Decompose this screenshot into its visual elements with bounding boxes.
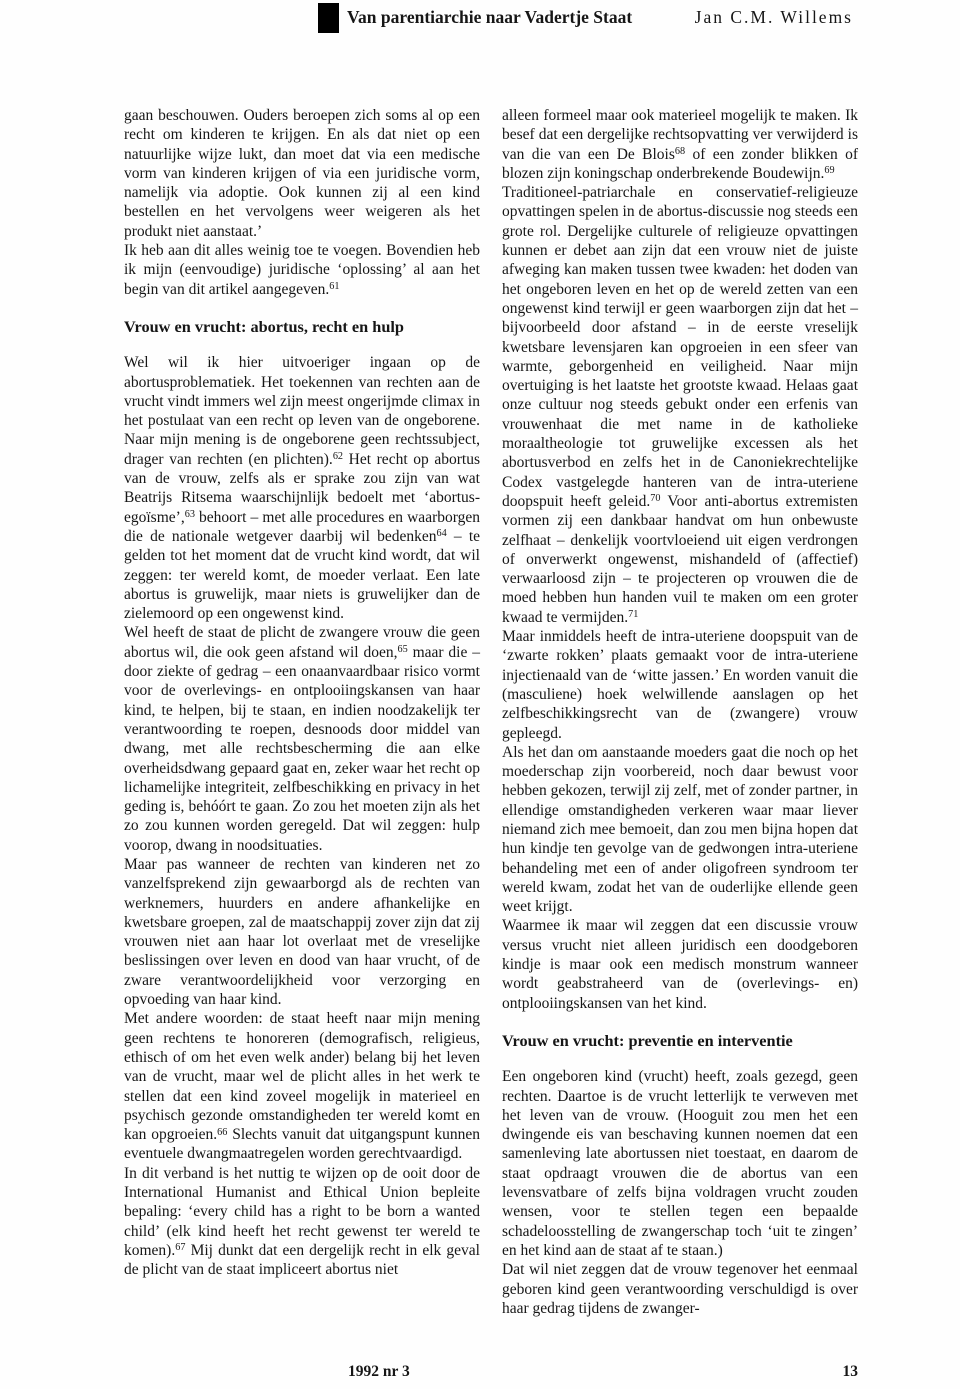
paragraph: Dat wil niet zeggen dat de vrouw tegenov… [502,1260,858,1318]
paragraph: Als het dan om aanstaande moeders gaat d… [502,743,858,917]
footnote-ref: 71 [628,609,638,620]
footnote-ref: 67 [175,1242,185,1253]
footnote-ref: 63 [185,509,195,520]
footnote-ref: 64 [436,528,446,539]
paragraph: Waarmee ik maar wil zeggen dat een discu… [502,916,858,1012]
article-marker-icon [318,3,339,33]
paragraph: gaan beschouwen. Ouders beroepen zich so… [124,106,480,241]
column-right: alleen formeel maar ook materieel mogeli… [502,106,858,1318]
paragraph: Een ongeboren kind (vrucht) heeft, zoals… [502,1067,858,1260]
footnote-ref: 68 [675,146,685,157]
footnote-ref: 61 [329,281,339,292]
column-left: gaan beschouwen. Ouders beroepen zich so… [124,106,480,1318]
footnote-ref: 70 [650,493,660,504]
footer-page-number: 13 [843,1363,859,1381]
paragraph: Traditioneel-patriarchale en conservatie… [502,183,858,627]
footnote-ref: 65 [397,644,407,655]
section-heading: Vrouw en vrucht: preventie en interventi… [502,1031,858,1050]
paragraph: Maar inmiddels heeft de intra-uteriene d… [502,627,858,743]
footnote-ref: 62 [333,451,343,462]
paragraph: Wel heeft de staat de plicht de zwangere… [124,623,480,855]
paragraph: Wel wil ik hier uitvoeriger ingaan op de… [124,353,480,623]
paragraph: alleen formeel maar ook materieel mogeli… [502,106,858,183]
scanned-article-page: Van parentiarchie naar Vadertje Staat Ja… [0,0,960,1389]
paragraph: In dit verband is het nuttig te wijzen o… [124,1164,480,1280]
article-body: gaan beschouwen. Ouders beroepen zich so… [124,106,858,1318]
article-title: Van parentiarchie naar Vadertje Staat [347,7,632,28]
section-heading: Vrouw en vrucht: abortus, recht en hulp [124,317,480,336]
footnote-ref: 69 [824,165,834,176]
paragraph: Ik heb aan dit alles weinig toe te voege… [124,241,480,299]
footnote-ref: 66 [217,1127,227,1138]
paragraph: Met andere woorden: de staat heeft naar … [124,1009,480,1163]
paragraph: Maar pas wanneer de rechten van kinderen… [124,855,480,1009]
author-name: Jan C.M. Willems [695,7,853,28]
footer-issue-label: 1992 nr 3 [348,1363,410,1381]
